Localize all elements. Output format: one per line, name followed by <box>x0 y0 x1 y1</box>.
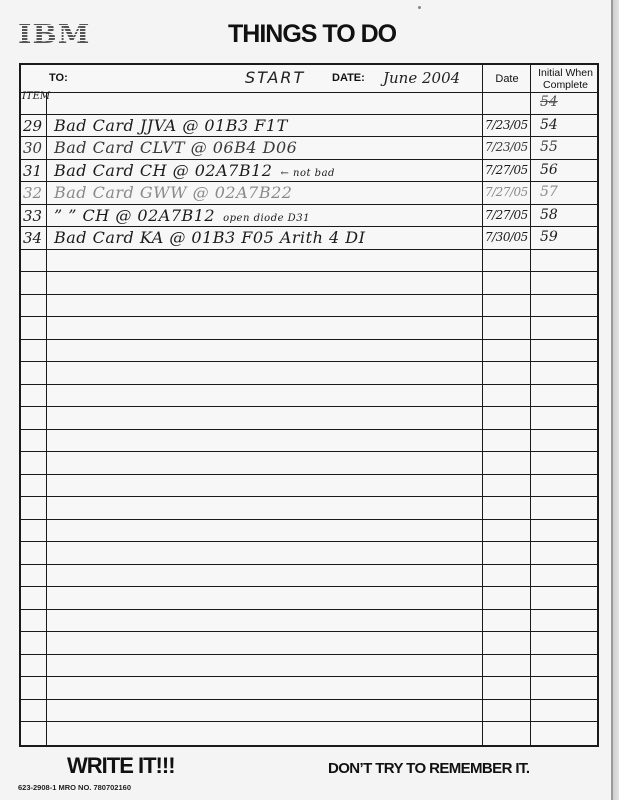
blank-row[interactable] <box>21 475 597 498</box>
to-label: TO: <box>49 72 68 84</box>
item-number: 32 <box>23 184 42 202</box>
table-row[interactable]: 32Bad Card GWW @ 02A7B227/27/0557 <box>21 182 597 205</box>
item-description[interactable]: Bad Card GWW @ 02A7B22 <box>54 183 300 202</box>
completion-initial[interactable]: 59 <box>540 229 558 245</box>
table-row[interactable]: 33” ” CH @ 02A7B12open diode D317/27/055… <box>21 205 597 228</box>
blank-row[interactable] <box>21 295 597 318</box>
form-title: THINGS TO DO <box>228 20 396 49</box>
table-row[interactable]: 29Bad Card JJVA @ 01B3 F1T7/23/0554 <box>21 115 597 138</box>
completion-date[interactable]: 7/27/05 <box>485 163 528 177</box>
table-row[interactable]: 30Bad Card CLVT @ 06B4 D067/23/0555 <box>21 137 597 160</box>
blank-row[interactable] <box>21 610 597 633</box>
blank-row[interactable] <box>21 385 597 408</box>
completion-initial[interactable]: 56 <box>540 162 558 178</box>
description-text: ” ” CH @ 02A7B12 <box>54 206 215 225</box>
item-label-row: ITEM 54 <box>21 92 597 115</box>
item-description[interactable]: Bad Card CLVT @ 06B4 D06 <box>54 138 305 157</box>
completion-date[interactable]: 7/27/05 <box>485 185 528 199</box>
blank-row[interactable] <box>21 520 597 543</box>
blank-row[interactable] <box>21 565 597 588</box>
completion-date[interactable]: 7/30/05 <box>485 230 528 244</box>
page-edge <box>611 0 619 800</box>
table-row[interactable]: 34Bad Card KA @ 01B3 F05 Arith 4 DI7/30/… <box>21 227 597 250</box>
blank-row[interactable] <box>21 497 597 520</box>
table-row[interactable]: 31Bad Card CH @ 02A7B12← not bad7/27/055… <box>21 160 597 183</box>
date-column-header: Date <box>482 65 531 92</box>
date-label: DATE: <box>332 72 365 84</box>
item-column-label: ITEM <box>22 92 50 102</box>
description-text: Bad Card CLVT @ 06B4 D06 <box>54 138 297 157</box>
completion-initial[interactable]: 55 <box>540 139 558 155</box>
completion-initial[interactable]: 58 <box>540 207 558 223</box>
blank-row[interactable] <box>21 677 597 700</box>
description-text: Bad Card CH @ 02A7B12 <box>54 161 272 180</box>
footer-write-it: WRITE IT!!! <box>67 753 175 779</box>
to-value[interactable]: START <box>245 68 305 87</box>
description-text: Bad Card JJVA @ 01B3 F1T <box>54 116 288 135</box>
date-value[interactable]: June 2004 <box>383 69 460 87</box>
blank-row[interactable] <box>21 430 597 453</box>
blank-row[interactable] <box>21 452 597 475</box>
item-description[interactable]: ” ” CH @ 02A7B12open diode D31 <box>54 206 310 225</box>
blank-row[interactable] <box>21 407 597 430</box>
blank-row[interactable] <box>21 655 597 678</box>
blank-row[interactable] <box>21 542 597 565</box>
form-header: TO: START DATE: June 2004 Date Initial W… <box>21 65 597 93</box>
blank-row[interactable] <box>21 250 597 273</box>
completion-initial[interactable]: 54 <box>540 117 558 133</box>
initial-column-header: Initial When Complete <box>530 65 600 92</box>
paper-speck <box>418 6 421 9</box>
ibm-logo: IBM <box>18 20 91 50</box>
item-number: 33 <box>23 207 42 225</box>
completion-initial[interactable]: 57 <box>540 184 558 200</box>
item-description[interactable]: Bad Card CH @ 02A7B12← not bad <box>54 161 335 180</box>
blank-row[interactable] <box>21 340 597 363</box>
todo-rows: ITEM 54 29Bad Card JJVA @ 01B3 F1T7/23/0… <box>21 92 597 745</box>
item-number: 34 <box>23 229 42 247</box>
item-description[interactable]: Bad Card JJVA @ 01B3 F1T <box>54 116 296 135</box>
completion-date[interactable]: 7/27/05 <box>485 208 528 222</box>
blank-row[interactable] <box>21 362 597 385</box>
todo-form: TO: START DATE: June 2004 Date Initial W… <box>19 63 599 747</box>
completion-date[interactable]: 7/23/05 <box>485 118 528 132</box>
blank-row[interactable] <box>21 700 597 723</box>
blank-row[interactable] <box>21 272 597 295</box>
blank-row[interactable] <box>21 722 597 745</box>
blank-row[interactable] <box>21 317 597 340</box>
item-number: 29 <box>23 117 42 135</box>
form-number: 623-2908-1 MRO NO. 780702160 <box>18 783 131 792</box>
blank-row[interactable] <box>21 587 597 610</box>
blank-row[interactable] <box>21 632 597 655</box>
description-text: Bad Card GWW @ 02A7B22 <box>54 183 292 202</box>
item-note: open diode D31 <box>223 213 310 224</box>
crossed-initial: 54 <box>540 94 558 110</box>
footer-dont-remember: DON’T TRY TO REMEMBER IT. <box>328 760 529 777</box>
item-note: ← not bad <box>280 168 334 179</box>
completion-date[interactable]: 7/23/05 <box>485 140 528 154</box>
item-number: 30 <box>23 139 42 157</box>
description-text: Bad Card KA @ 01B3 F05 Arith 4 DI <box>54 228 365 247</box>
item-number: 31 <box>23 162 42 180</box>
item-description[interactable]: Bad Card KA @ 01B3 F05 Arith 4 DI <box>54 228 373 247</box>
